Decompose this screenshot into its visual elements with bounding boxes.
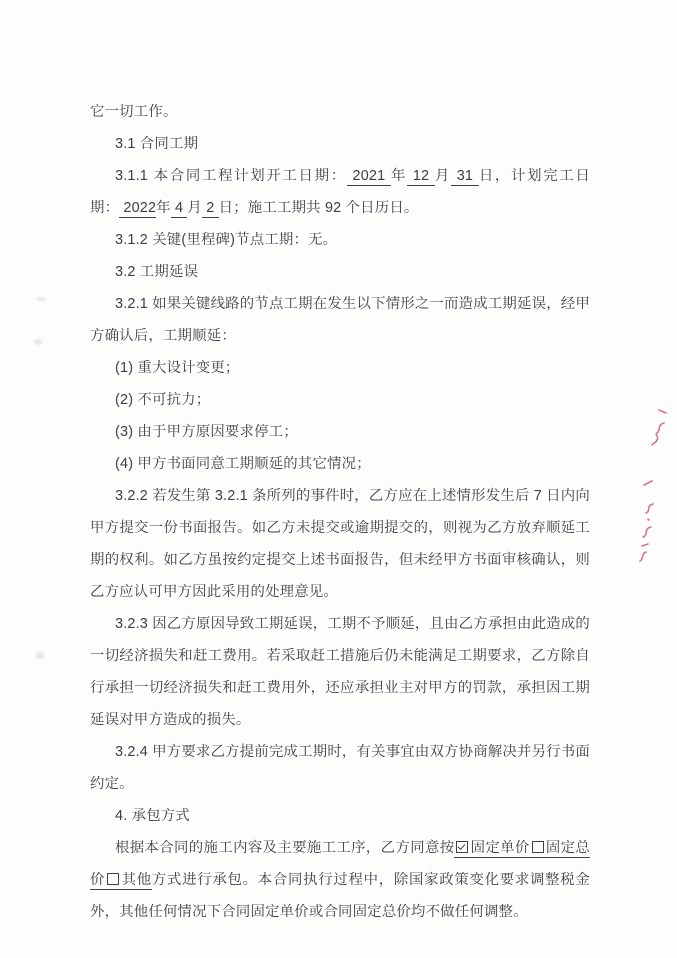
text-segment: 3.2.2 若发生第 3.2.1 条所列的事件时，乙方应在上述情形发生后 7 日…: [90, 488, 590, 600]
paragraph-heading-4: 4. 承包方式: [90, 800, 590, 832]
text-segment: 2021: [347, 168, 391, 184]
underlined-blank: [454, 840, 470, 858]
paragraph-continuation: 它一切工作。: [90, 96, 590, 128]
underlined-blank: 2021: [347, 168, 391, 186]
red-ink-scribble-icon: [648, 405, 670, 451]
text-segment: 年: [156, 200, 171, 216]
text-segment: (3) 由于甲方原因要求停工；: [115, 424, 298, 440]
text-segment: 31: [451, 168, 479, 184]
text-segment: 3.2.4 甲方要求乙方提前完成工期时，有关事宜由双方协商解决并另行书面约定。: [90, 744, 590, 792]
red-ink-dash-icon: [641, 475, 655, 491]
text-segment: 2022: [119, 200, 156, 216]
text-segment: 12: [407, 168, 435, 184]
underlined-blank: 2: [202, 200, 219, 218]
paragraph-clause-4-body: 根据本合同的施工内容及主要施工工序，乙方同意按固定单价固定总价其他方式进行承包。…: [90, 832, 590, 928]
scan-smudge: [36, 297, 46, 301]
underlined-blank: 12: [407, 168, 435, 186]
paragraph-clause-3-2-1: 3.2.1 如果关键线路的节点工期在发生以下情形之一而造成工期延误，经甲方确认后…: [90, 288, 590, 352]
underlined-blank: 其他: [121, 872, 152, 890]
text-segment: 4: [171, 200, 188, 216]
text-segment: 3.2 工期延误: [115, 264, 198, 280]
scan-smudge: [34, 339, 43, 345]
text-segment: 3.1.1 本合同工程计划开工日期：: [115, 168, 347, 184]
paragraph-heading-3-2: 3.2 工期延误: [90, 256, 590, 288]
paragraph-heading-3-1: 3.1 合同工期: [90, 128, 590, 160]
paragraph-clause-3-1-1: 3.1.1 本合同工程计划开工日期： 2021 年 12 月 31 日，计划完工…: [90, 160, 590, 224]
text-segment: 3.1 合同工期: [115, 136, 198, 152]
text-segment: 月: [187, 200, 202, 216]
underlined-blank: 2022: [119, 200, 156, 218]
scanned-contract-page: 它一切工作。3.1 合同工期3.1.1 本合同工程计划开工日期： 2021 年 …: [0, 0, 677, 958]
text-segment: 年: [391, 168, 407, 184]
paragraph-list-item-1: (1) 重大设计变更；: [90, 352, 590, 384]
text-segment: 4. 承包方式: [115, 808, 190, 824]
underlined-blank: [530, 840, 546, 858]
paragraph-list-item-3: (3) 由于甲方原因要求停工；: [90, 416, 590, 448]
paragraph-clause-3-2-4: 3.2.4 甲方要求乙方提前完成工期时，有关事宜由双方协商解决并另行书面约定。: [90, 736, 590, 800]
document-body: 它一切工作。3.1 合同工期3.1.1 本合同工程计划开工日期： 2021 年 …: [90, 96, 590, 928]
text-segment: 方式进行承包。本合同执行过程中，除国家政策变化要求调整税金外，其他任何情况下合同…: [90, 872, 590, 920]
text-segment: 固定单价: [470, 840, 529, 856]
text-segment: 3.2.3 因乙方原因导致工期延误，工期不予顺延，且由乙方承担由此造成的一切经济…: [90, 616, 590, 728]
paragraph-clause-3-2-2: 3.2.2 若发生第 3.2.1 条所列的事件时，乙方应在上述情形发生后 7 日…: [90, 480, 590, 608]
checkbox-unchecked-icon: [107, 873, 119, 885]
text-segment: 2: [202, 200, 219, 216]
underlined-blank: 4: [171, 200, 188, 218]
checkbox-unchecked-icon: [532, 841, 544, 853]
scan-smudge: [36, 652, 44, 659]
text-segment: 它一切工作。: [90, 104, 178, 120]
paragraph-clause-3-2-3: 3.2.3 因乙方原因导致工期延误，工期不予顺延，且由乙方承担由此造成的一切经济…: [90, 608, 590, 736]
underlined-blank: [105, 872, 121, 890]
paragraph-list-item-2: (2) 不可抗力；: [90, 384, 590, 416]
text-segment: 3.2.1 如果关键线路的节点工期在发生以下情形之一而造成工期延误，经甲方确认后…: [90, 296, 590, 344]
text-segment: 月: [435, 168, 451, 184]
text-segment: (4) 甲方书面同意工期顺延的其它情况；: [115, 456, 371, 472]
underlined-blank: 31: [451, 168, 479, 186]
checkbox-checked-icon: [456, 841, 468, 853]
underlined-blank: 固定单价: [470, 840, 529, 858]
paragraph-list-item-4: (4) 甲方书面同意工期顺延的其它情况；: [90, 448, 590, 480]
text-segment: 根据本合同的施工内容及主要施工工序，乙方同意按: [115, 840, 454, 856]
text-segment: 日；施工工期共 92 个日历日。: [219, 200, 419, 216]
text-segment: 3.1.2 关键(里程碑)节点工期：无。: [115, 232, 337, 248]
text-segment: (2) 不可抗力；: [115, 392, 210, 408]
red-ink-scribble-icon: [636, 500, 660, 566]
text-segment: (1) 重大设计变更；: [115, 360, 240, 376]
paragraph-clause-3-1-2: 3.1.2 关键(里程碑)节点工期：无。: [90, 224, 590, 256]
text-segment: 其他: [121, 872, 152, 888]
